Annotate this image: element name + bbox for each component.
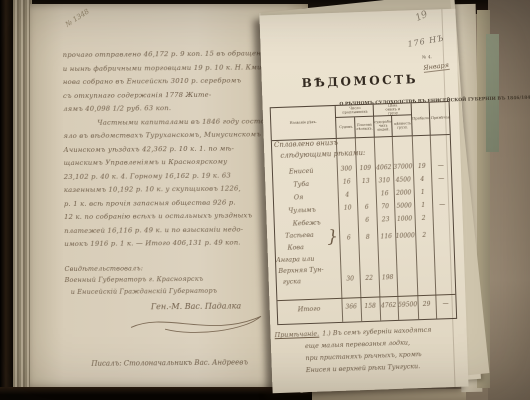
- page-title: ВѢДОМОСТЬ: [262, 71, 458, 92]
- statistics-table: Названіе рѣкъ. Число проплывшихъ Судовъ.…: [270, 101, 457, 325]
- footnote-block: Примѣчаніе.1.) Въ семъ губерніи находятс…: [274, 323, 462, 377]
- book-binding: [0, 0, 13, 400]
- header-rafts: Плотовъ лѣсныхъ.: [354, 117, 375, 138]
- river-name: Ангара или: [276, 255, 315, 264]
- footnote-label: Примѣчаніе.: [274, 330, 319, 340]
- right-page-vedomost: 19 176 НЪ № 4. Января ВѢДОМОСТЬ О РѢЧНОМ…: [259, 9, 468, 394]
- header-workers: судорабо- чихъ людей.: [373, 116, 393, 137]
- table-body: Сплавлено внизъ слѣдующими рѣками: Енисе…: [272, 134, 456, 324]
- pencil-annotation: 176 НЪ: [407, 34, 445, 49]
- header-rivers: Названіе рѣкъ.: [271, 106, 336, 140]
- header-arrived: Прибыло.: [411, 103, 431, 136]
- document-number: № 4.: [422, 55, 433, 60]
- archival-corner-note: № 1348: [64, 7, 91, 28]
- river-name: Верхняя Тун-: [278, 265, 323, 275]
- attestation-block: Свидѣтельствовалъ: Военный Губернаторъ г…: [64, 261, 302, 298]
- archival-book-photo: № 1348 прочаго отправлено 46,172 р. 9 ко…: [0, 0, 530, 400]
- table-row: гуска 30 22 198: [277, 272, 455, 290]
- header-boats: Судовъ.: [335, 117, 356, 138]
- header-remark: Примѣчаніе.: [429, 102, 451, 135]
- section-heading: Сплавлено внизъ: [274, 139, 338, 149]
- totals-row: Итого 366 158 4762 59500 29 —: [278, 300, 456, 318]
- pencil-page-number: 19: [414, 9, 430, 24]
- header-cargo-value: цѣнность грузу.: [391, 115, 413, 136]
- section-heading: слѣдующими рѣками:: [280, 149, 365, 160]
- fore-edge-marbling: [486, 34, 499, 152]
- signature-flourish: [125, 310, 275, 335]
- bottom-left-shadow: [0, 387, 312, 400]
